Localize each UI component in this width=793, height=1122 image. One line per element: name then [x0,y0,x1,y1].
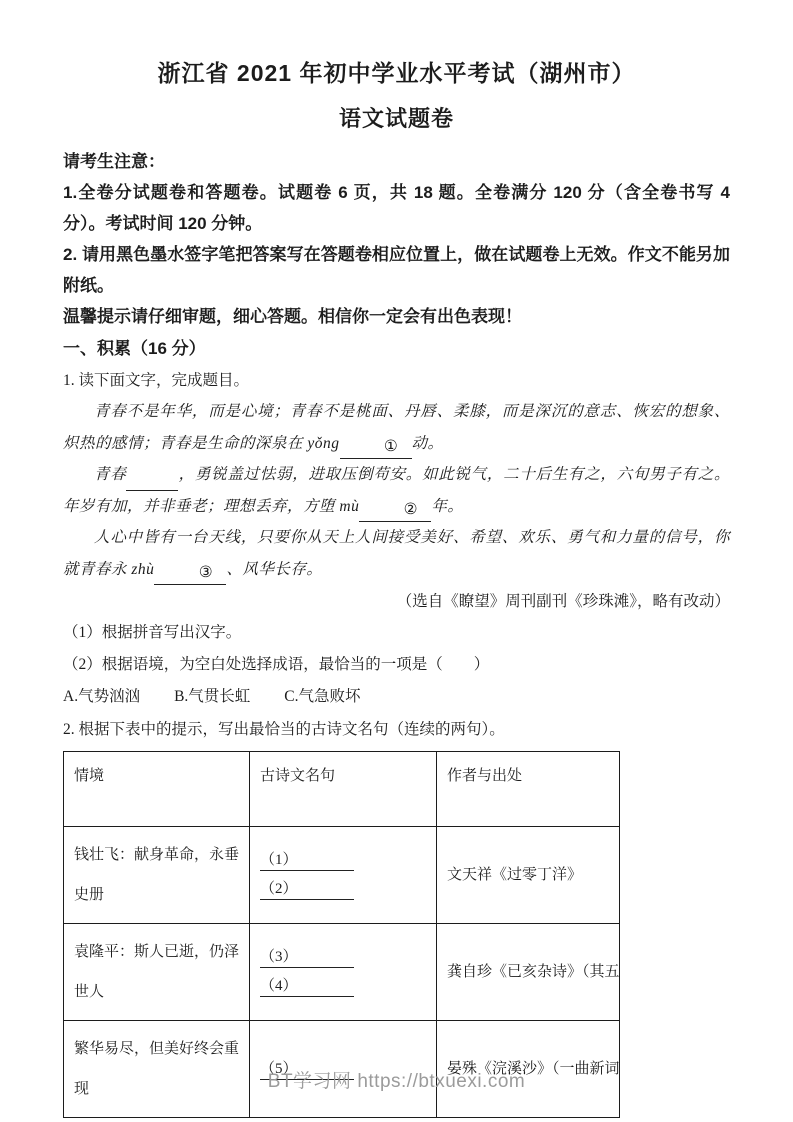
notice-heading: 请考生注意： [63,146,730,177]
poem-quote-table: 情境 古诗文名句 作者与出处 钱壮飞：献身革命，永垂史册 （1） （2） 文天祥… [63,751,620,1118]
notice-item-1: 1.全卷分试题卷和答题卷。试题卷 6 页，共 18 题。全卷满分 120 分（含… [63,177,730,239]
idiom-options: A.气势汹汹B.气贯长虹C.气急败坏 [63,681,730,713]
passage-text: 动。 [412,435,444,452]
row-source: 龚自珍《已亥杂诗》（其五） [437,924,620,1021]
passage-paragraph-1: 青春不是年华，而是心境；青春不是桃面、丹唇、柔膝，而是深沉的意志、恢宏的想象、炽… [63,396,730,459]
passage-paragraph-3: 人心中皆有一台天线，只要你从天上人间接受美好、希望、欢乐、勇气和力量的信号，你就… [63,522,730,585]
blank-line [298,954,354,968]
pinyin-blank-2: ② [359,500,431,522]
question-2-stem: 2. 根据下表中的提示，写出最恰当的古诗文名句（连续的两句）。 [63,714,730,745]
notice-tip: 温馨提示请仔细审题，细心答题。相信你一定会有出色表现！ [63,301,730,332]
option-a: A.气势汹汹 [63,688,140,705]
row-answer-blanks: （3） （4） [250,924,437,1021]
passage-text: 、风华长存。 [226,561,322,578]
answer-blank-4: （4） [260,976,354,997]
page-title: 浙江省 2021 年初中学业水平考试（湖州市） [63,58,730,88]
exam-paper-page: 浙江省 2021 年初中学业水平考试（湖州市） 语文试题卷 请考生注意： 1.全… [0,0,793,1122]
table-row: 钱壮飞：献身革命，永垂史册 （1） （2） 文天祥《过零丁洋》 [64,827,620,924]
notice-item-2: 2. 请用黑色墨水签字笔把答案写在答题卷相应位置上，做在试题卷上无效。作文不能另… [63,239,730,301]
idiom-blank [126,469,178,491]
question-1-stem: 1. 读下面文字，完成题目。 [63,365,730,396]
question-1-sub-1: （1）根据拼音写出汉字。 [63,617,730,649]
row-source: 文天祥《过零丁洋》 [437,827,620,924]
header-context: 情境 [64,752,250,827]
reading-passage: 青春不是年华，而是心境；青春不是桃面、丹唇、柔膝，而是深沉的意志、恢宏的想象、炽… [63,396,730,585]
row-context: 袁隆平：斯人已逝，仍泽世人 [64,924,250,1021]
blank-line [298,857,354,871]
row-context: 钱壮飞：献身革命，永垂史册 [64,827,250,924]
blank-line [298,983,354,997]
passage-source: （选自《瞭望》周刊副刊《珍珠滩》，略有改动） [63,586,730,617]
table-row: 袁隆平：斯人已逝，仍泽世人 （3） （4） 龚自珍《已亥杂诗》（其五） [64,924,620,1021]
table-header-row: 情境 古诗文名句 作者与出处 [64,752,620,827]
answer-blank-1: （1） [260,850,354,871]
row-answer-blanks: （1） （2） [250,827,437,924]
answer-blank-2: （2） [260,879,354,900]
passage-text: 年。 [431,498,463,515]
section-1-heading: 一、积累（16 分） [63,333,730,364]
passage-text: 青春 [94,466,126,483]
header-author: 作者与出处 [437,752,620,827]
pinyin-blank-3: ③ [154,563,226,585]
watermark-site-url: BT学习网 https://btxuexi.com [0,1066,793,1093]
pinyin-blank-1: ① [340,437,412,459]
header-quote: 古诗文名句 [250,752,437,827]
option-b: B.气贯长虹 [174,688,250,705]
question-1-sub-2: （2）根据语境，为空白处选择成语，最恰当的一项是（ ） [63,649,730,681]
candidate-notice: 请考生注意： 1.全卷分试题卷和答题卷。试题卷 6 页，共 18 题。全卷满分 … [63,146,730,332]
page-subtitle: 语文试题卷 [63,105,730,133]
blank-line [298,886,354,900]
option-c: C.气急败坏 [284,688,360,705]
passage-paragraph-2: 青春，勇锐盖过怯弱，进取压倒苟安。如此锐气，二十后生有之，六旬男子有之。年岁有加… [63,459,730,522]
answer-blank-3: （3） [260,947,354,968]
